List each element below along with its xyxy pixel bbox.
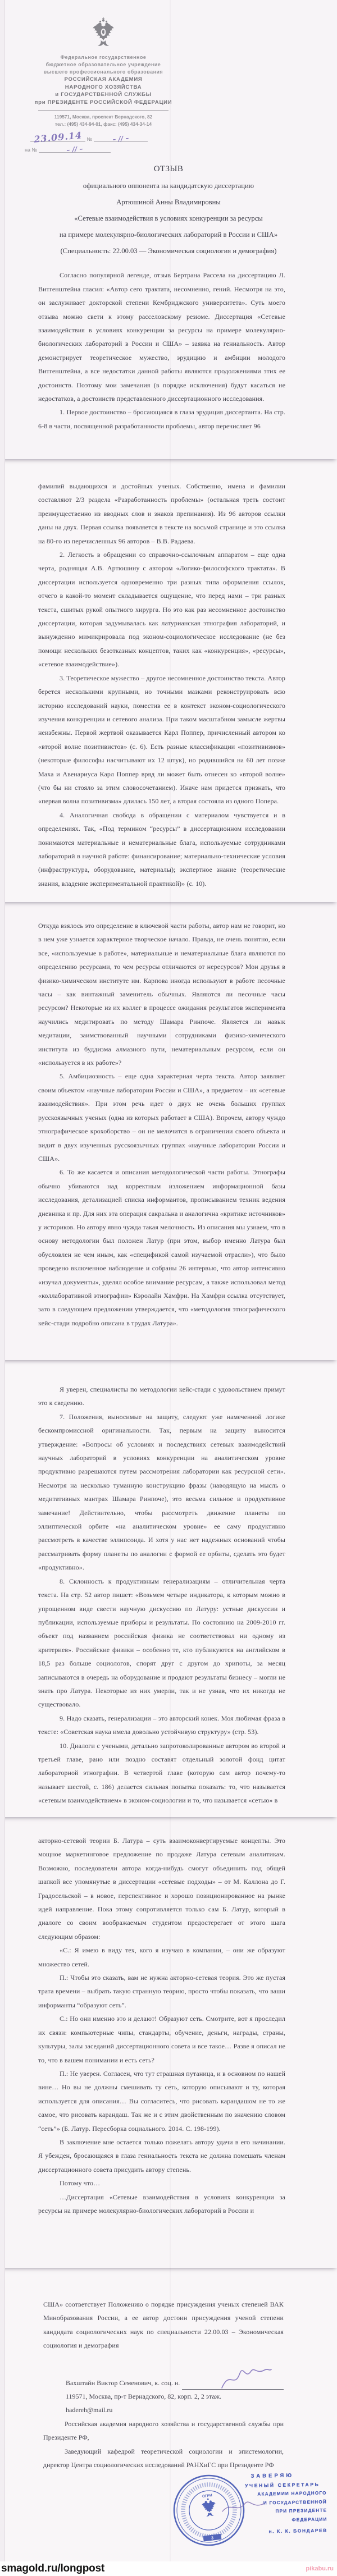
signature-icon [218, 2367, 272, 2390]
dialogue-paragraph: С.: Но они именно это и делают! Образуют… [38, 2012, 285, 2067]
number-label: № [87, 136, 93, 142]
page-2: фамилий выдающихся и достойных ученых. С… [0, 459, 337, 902]
opponent-position: Заведующий кафедрой теоретической социол… [43, 2445, 284, 2472]
opponent-address: 119571, Москва, пр-т Вернадского, 82, ко… [43, 2390, 284, 2403]
page-3: Откуда взялось это определение в ключево… [0, 902, 337, 1360]
signature-line [182, 2378, 284, 2390]
paragraph: 2. Легкость в обращении со справочно-ссы… [38, 548, 285, 671]
secretary-signature-icon [220, 2497, 267, 2519]
paragraph: 10. Диалоги с учеными, детально запроток… [38, 1739, 285, 1808]
handwritten-number: – // – [112, 134, 129, 143]
paragraph: фамилий выдающихся и достойных ученых. С… [38, 479, 285, 548]
letterhead-address: 119571, Москва, проспект Вернадского, 82 [15, 113, 192, 121]
paragraph: 8. Склонность к продуктивным генерализац… [38, 1575, 285, 1712]
page-6: США» соответствует Положению о порядке п… [0, 2268, 337, 2561]
paragraph: Согласно популярной легенде, отзыв Бертр… [38, 268, 285, 405]
page-4: Я уверен, специалисты по методологии кей… [0, 1360, 337, 1817]
seal-ogrn-text: ОГРН [202, 2493, 213, 2499]
subtitle-line: на примере молекулярно-биологических лаб… [38, 227, 299, 243]
handwritten-ref-number: – // – [66, 145, 83, 154]
incoming-number-row: на № – // – [15, 144, 192, 157]
dialogue-paragraph: П.: Не уверен. Согласен, что тут страшна… [38, 2067, 285, 2135]
paragraph: США» соответствует Положению о порядке п… [43, 2298, 284, 2353]
paragraph: Потому что… [38, 2176, 285, 2190]
ref-label: на № [25, 147, 37, 153]
paragraph: В заключение мне остается только пожелат… [38, 2135, 285, 2176]
opponent-organization: Российская академия народного хозяйства … [43, 2417, 284, 2445]
paragraph: …Диссертация «Сетевые взаимодействия в у… [38, 2190, 285, 2218]
signature-row: Вахштайн Виктор Семенович, к. соц. н. [43, 2376, 284, 2390]
paragraph: Я уверен, специалисты по методологии кей… [38, 1383, 285, 1410]
letterhead: Федеральное государственное бюджетное об… [15, 54, 192, 157]
watermark-bar: smagold.ru/longpost pikabu.ru [0, 2561, 337, 2576]
opponent-name: Вахштайн Виктор Семенович, к. соц. н. [66, 2376, 180, 2390]
subtitle-line: официального оппонента на кандидатскую д… [38, 178, 299, 194]
paragraph: 7. Положения, выносимые на защиту, следу… [38, 1410, 285, 1575]
scanned-review-document: Федеральное государственное бюджетное об… [0, 0, 337, 2576]
page-5: акторно-сетевой теории Б. Латура – суть … [0, 1817, 337, 2268]
document-subtitle: официального оппонента на кандидатскую д… [38, 178, 299, 259]
paragraph: 1. Первое достоинство – бросающаяся в гл… [38, 405, 285, 433]
watermark-right: pikabu.ru [306, 2565, 334, 2572]
paragraph: Откуда взялось это определение в ключево… [38, 919, 285, 1069]
paragraph: акторно-сетевой теории Б. Латура – суть … [38, 1834, 285, 1943]
letterhead-divider [38, 110, 168, 111]
subtitle-line: «Сетевые взаимодействия в условиях конку… [38, 211, 299, 227]
letterhead-phone: тел.: (495) 434-94-01, факс: (495) 434-3… [15, 121, 192, 128]
dialogue-paragraph: П.: Чтобы это сказать, вам не нужна акто… [38, 1971, 285, 2012]
paragraph: 3. Теоретическое мужество – другое несом… [38, 671, 285, 808]
coat-of-arms-icon [15, 17, 192, 49]
paragraph: 6. То же касается и описания методологич… [38, 1165, 285, 1330]
handwritten-date: 23.09.14 [34, 130, 83, 145]
watermark-left: smagold.ru/longpost [1, 2563, 104, 2575]
opponent-email: hadereh@mail.ru [43, 2403, 284, 2417]
subtitle-line: (Специальность: 22.00.03 — Экономическая… [38, 243, 299, 259]
letterhead-org-type: Федеральное государственное бюджетное об… [15, 54, 192, 76]
paragraph: 4. Аналогичная свобода в обращении с мат… [38, 808, 285, 890]
document-title: ОТЗЫВ [38, 164, 299, 174]
outgoing-number-row: 23.09.14 № – // – [15, 131, 192, 144]
paragraph: 9. Надо сказать, генерализации – это авт… [38, 1712, 285, 1739]
page-1: Федеральное государственное бюджетное об… [0, 0, 337, 459]
dialogue-paragraph: «С.: Я имею в виду тех, кого я изучаю в … [38, 1943, 285, 1971]
letterhead-org-name: РОССИЙСКАЯ АКАДЕМИЯ НАРОДНОГО ХОЗЯЙСТВА … [15, 76, 192, 106]
subtitle-line: Артюшиной Анны Владимировны [38, 194, 299, 211]
paragraph: 5. Амбициозность – еще одна характерная … [38, 1069, 285, 1165]
